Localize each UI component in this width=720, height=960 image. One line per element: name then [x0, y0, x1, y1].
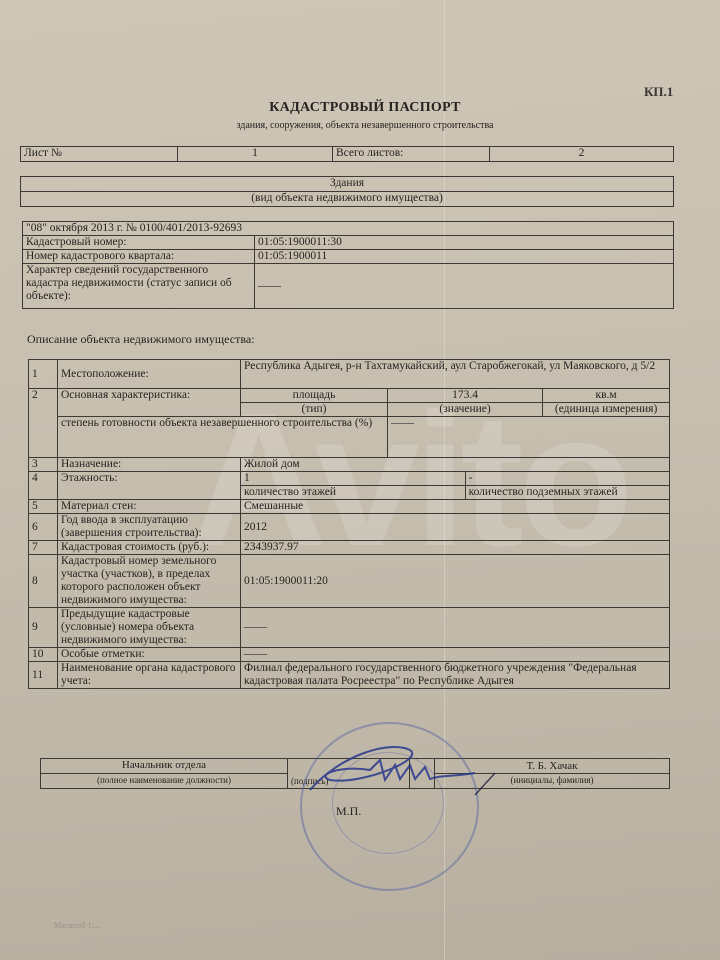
sheet-label: Лист № — [21, 147, 178, 162]
wall-material-value: Смешанные — [241, 500, 670, 514]
row-number: 10 — [29, 648, 58, 662]
row-number: 4 — [29, 472, 58, 500]
signature-table: Начальник отдела (подпись) Т. Б. Хачак (… — [40, 758, 670, 789]
area-unit: кв.м — [543, 389, 670, 403]
registration-table: "08" октября 2013 г. № 0100/401/2013-926… — [22, 221, 674, 309]
row-number: 1 — [29, 360, 58, 389]
row-label: Основная характеристика: — [58, 389, 241, 417]
cadastral-cost-value: 2343937.97 — [241, 541, 670, 555]
cadastral-number: 01:05:1900011:30 — [255, 236, 674, 250]
location-value: Республика Адыгея, р-н Тахтамукайский, а… — [241, 360, 670, 389]
table-row: 2 Основная характеристика: площадь 173.4… — [29, 389, 670, 403]
registration-date: "08" октября 2013 г. № 0100/401/2013-926… — [23, 222, 674, 236]
value-caption: (значение) — [388, 403, 543, 417]
row-label: Кадастровая стоимость (руб.): — [58, 541, 241, 555]
row-number: 8 — [29, 555, 58, 608]
scale-note: Масштаб 1:... — [54, 921, 100, 930]
table-row: 7 Кадастровая стоимость (руб.): 2343937.… — [29, 541, 670, 555]
document-page: Avito КП.1 КАДАСТРОВЫЙ ПАСПОРТ здания, с… — [0, 0, 720, 960]
quarter-number: 01:05:1900011 — [255, 250, 674, 264]
row-label: Местоположение: — [58, 360, 241, 389]
table-row: 6 Год ввода в эксплуатацию (завершения с… — [29, 514, 670, 541]
sheet-number: 1 — [178, 147, 333, 162]
row-label: Предыдущие кадастровые (условные) номера… — [58, 608, 241, 648]
seal-mark: М.П. — [336, 804, 361, 819]
readiness-label: степень готовности объекта незавершенног… — [58, 417, 388, 458]
unit-caption: (единица измерения) — [543, 403, 670, 417]
total-sheets-label: Всего листов: — [333, 147, 490, 162]
cadastral-number-label: Кадастровый номер: — [23, 236, 255, 250]
table-row: 5 Материал стен: Смешанные — [29, 500, 670, 514]
special-notes-value: —— — [241, 648, 670, 662]
position-caption: (полное наименование должности) — [41, 774, 288, 789]
signer-position: Начальник отдела — [41, 759, 288, 774]
row-number: 11 — [29, 662, 58, 689]
table-row: 8 Кадастровый номер земельного участка (… — [29, 555, 670, 608]
table-row: 3 Назначение: Жилой дом — [29, 458, 670, 472]
row-label: Наименование органа кадастрового учета: — [58, 662, 241, 689]
row-number: 3 — [29, 458, 58, 472]
form-code: КП.1 — [644, 84, 673, 100]
official-stamp — [300, 722, 479, 891]
object-kind-table: Здания (вид объекта недвижимого имуществ… — [20, 176, 674, 207]
previous-numbers-value: —— — [241, 608, 670, 648]
row-number: 5 — [29, 500, 58, 514]
floors-caption: количество этажей — [241, 486, 466, 500]
row-label: Кадастровый номер земельного участка (уч… — [58, 555, 241, 608]
status-label: Характер сведений государственного кадас… — [23, 264, 255, 309]
signer-name: Т. Б. Хачак — [435, 759, 670, 774]
table-row: 11 Наименование органа кадастрового учет… — [29, 662, 670, 689]
table-row: 1 Местоположение: Республика Адыгея, р-н… — [29, 360, 670, 389]
readiness-value: —— — [388, 417, 670, 458]
table-row: 4 Этажность: 1 - — [29, 472, 670, 486]
purpose-value: Жилой дом — [241, 458, 670, 472]
row-label: Назначение: — [58, 458, 241, 472]
registration-authority-value: Филиал федерального государственного бюд… — [241, 662, 670, 689]
row-label: Материал стен: — [58, 500, 241, 514]
row-number: 9 — [29, 608, 58, 648]
row-label: Особые отметки: — [58, 648, 241, 662]
name-caption: (инициалы, фамилия) — [435, 774, 670, 789]
underground-value: - — [465, 472, 669, 486]
row-label: Год ввода в эксплуатацию (завершения стр… — [58, 514, 241, 541]
signature-gap — [410, 759, 435, 789]
description-heading: Описание объекта недвижимого имущества: — [27, 332, 255, 347]
area-value: 173.4 — [388, 389, 543, 403]
row-number: 6 — [29, 514, 58, 541]
status-value: —— — [255, 264, 674, 309]
type-caption: (тип) — [241, 403, 388, 417]
row-number: 7 — [29, 541, 58, 555]
sheet-table: Лист № 1 Всего листов: 2 — [20, 146, 674, 162]
floors-value: 1 — [241, 472, 466, 486]
land-plot-number: 01:05:1900011:20 — [241, 555, 670, 608]
area-type: площадь — [241, 389, 388, 403]
total-sheets-value: 2 — [490, 147, 674, 162]
year-value: 2012 — [241, 514, 670, 541]
object-kind-caption: (вид объекта недвижимого имущества) — [21, 192, 674, 207]
object-kind-value: Здания — [21, 177, 674, 192]
document-title: КАДАСТРОВЫЙ ПАСПОРТ — [0, 100, 720, 116]
row-label: Этажность: — [58, 472, 241, 500]
underground-caption: количество подземных этажей — [465, 486, 669, 500]
row-number: 2 — [29, 389, 58, 458]
quarter-label: Номер кадастрового квартала: — [23, 250, 255, 264]
table-row: 9 Предыдущие кадастровые (условные) номе… — [29, 608, 670, 648]
signature-caption: (подпись) — [288, 759, 410, 789]
table-row: 10 Особые отметки: —— — [29, 648, 670, 662]
description-table: 1 Местоположение: Республика Адыгея, р-н… — [28, 359, 670, 689]
document-subtitle: здания, сооружения, объекта незавершенно… — [0, 120, 720, 131]
